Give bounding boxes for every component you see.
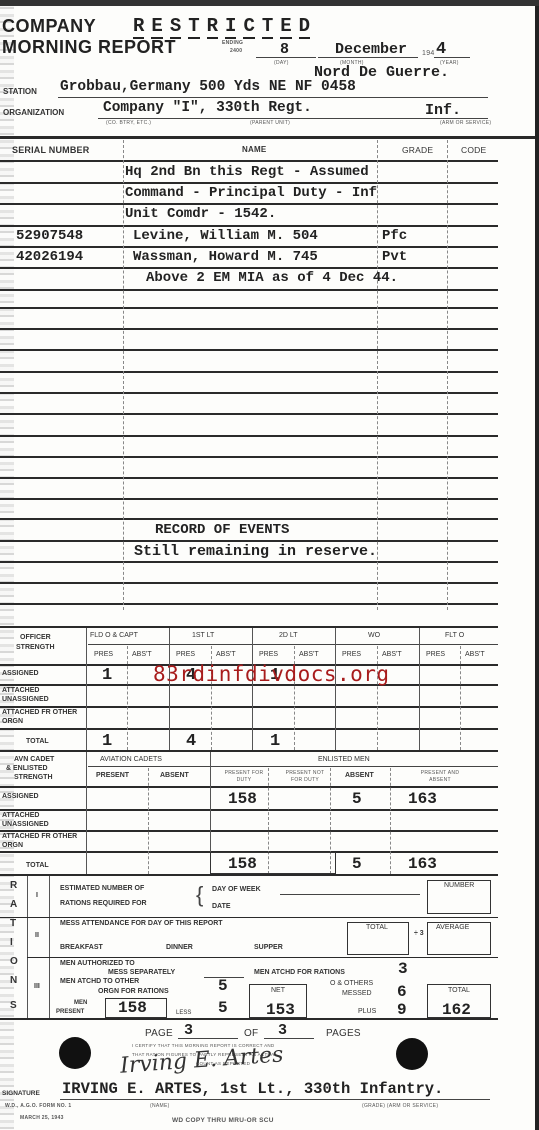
org-caption-parent: (PARENT UNIT) bbox=[250, 120, 290, 126]
officer-group-wo: WO bbox=[368, 632, 380, 639]
officer-col-divider bbox=[252, 628, 253, 750]
supper-label: SUPPER bbox=[254, 944, 283, 951]
signer-name: IRVING E. ARTES, 1st Lt., 330th Infantry… bbox=[62, 1080, 443, 1098]
officer-col-divider bbox=[86, 628, 87, 750]
others-messed-label-2: MESSED bbox=[342, 990, 372, 997]
organization-label: ORGANIZATION bbox=[3, 108, 64, 117]
roster-rule bbox=[0, 603, 498, 605]
net-value: 153 bbox=[266, 1001, 295, 1019]
roster-rule bbox=[0, 307, 498, 309]
men-atchd-other-label-1: MEN ATCHD TO OTHER bbox=[60, 978, 139, 985]
form-number: W.D., A.G.O. FORM NO. 1 bbox=[5, 1103, 71, 1109]
subcol-abst: ABS'T bbox=[132, 651, 152, 658]
rations-total-value: 162 bbox=[442, 1001, 471, 1019]
day-caption: (DAY) bbox=[274, 60, 289, 66]
enlisted-col-divider bbox=[390, 768, 391, 874]
enlisted-col-present-not-for-duty: PRESENT NOT FOR DUTY bbox=[280, 770, 330, 784]
rations-brace: { bbox=[196, 882, 203, 908]
roster-rule bbox=[0, 413, 498, 415]
rations-date-label: DATE bbox=[212, 903, 231, 910]
officer-group-1st-lt: 1ST LT bbox=[192, 632, 214, 639]
organization-value: Company "I", 330th Regt. bbox=[103, 100, 312, 116]
name-caption: (NAME) bbox=[150, 1103, 170, 1109]
roster-remark: Above 2 EM MIA as of 4 Dec 44. bbox=[146, 270, 398, 286]
serial-name-divider bbox=[123, 140, 124, 610]
col-header-grade: GRADE bbox=[402, 145, 433, 155]
officer-col-divider bbox=[419, 628, 420, 750]
mess-average-label: AVERAGE bbox=[436, 924, 469, 931]
breakfast-label: BREAKFAST bbox=[60, 944, 103, 951]
subcol-pres: PRES bbox=[259, 651, 278, 658]
station-label: STATION bbox=[3, 87, 37, 96]
officer-group-2d-lt: 2D LT bbox=[279, 632, 298, 639]
report-month: December bbox=[335, 41, 407, 58]
subcol-abst: ABS'T bbox=[382, 651, 402, 658]
roster-rule bbox=[0, 392, 498, 394]
serial-number-2: 42026194 bbox=[16, 249, 83, 265]
enlisted-assigned-absent: 5 bbox=[352, 790, 362, 808]
enlisted-row-assigned-label: ASSIGNED bbox=[2, 793, 39, 800]
roster-rule bbox=[0, 561, 498, 563]
rations-section-rule bbox=[0, 917, 498, 918]
rations-section-ii-numeral: II bbox=[35, 932, 39, 939]
officer-strength-label-1: OFFICER bbox=[20, 634, 51, 641]
enlisted-row-rule bbox=[0, 786, 498, 788]
less-value: 5 bbox=[218, 999, 228, 1017]
rations-letter-s: S bbox=[10, 1000, 17, 1011]
name-grade-divider bbox=[377, 140, 378, 610]
group-aviation-cadets: AVIATION CADETS bbox=[100, 756, 162, 763]
form-title-company: COMPANY bbox=[2, 16, 96, 37]
men-atchd-for-rations-value: 3 bbox=[398, 960, 408, 978]
roster-rule bbox=[0, 498, 498, 500]
form-title-morning-report: MORNING REPORT bbox=[2, 37, 176, 58]
page-label: PAGE bbox=[145, 1028, 173, 1039]
roster-rule bbox=[0, 349, 498, 351]
enlisted-total-present-for-duty: 158 bbox=[228, 855, 257, 873]
roster-rule bbox=[0, 518, 498, 520]
station-value: Grobbau,Germany 500 Yds NE NF 0458 bbox=[60, 79, 356, 95]
enlisted-label-1: AVN CADET bbox=[14, 756, 54, 763]
scan-top-edge bbox=[0, 0, 539, 6]
watermark: 83rdinfdivdocs.org bbox=[153, 662, 390, 686]
enlisted-row-attached-other-label: ATTACHED FR OTHER ORGN bbox=[2, 832, 82, 850]
punch-hole-left bbox=[59, 1037, 91, 1069]
day-of-week-underline bbox=[280, 894, 420, 895]
rations-side-divider bbox=[27, 876, 28, 1018]
men-atchd-for-rations-label: MEN ATCHD FOR RATIONS bbox=[254, 969, 345, 976]
officer-assigned-fld-capt-pres: 1 bbox=[102, 666, 112, 685]
grade-code-divider bbox=[447, 140, 448, 610]
roster-rule bbox=[0, 246, 498, 248]
officer-group-rule bbox=[88, 644, 498, 645]
org-caption-co: (CO. BTRY, ETC.) bbox=[106, 120, 151, 126]
grade-1: Pfc bbox=[382, 228, 407, 244]
record-of-events-heading: RECORD OF EVENTS bbox=[155, 522, 289, 538]
rations-letter-i: I bbox=[10, 937, 13, 948]
officer-strength-label-2: STRENGTH bbox=[16, 644, 55, 651]
officer-total-fld-capt-pres: 1 bbox=[102, 732, 112, 751]
roster-rule bbox=[0, 267, 498, 269]
classification-restricted: RESTRICTED bbox=[133, 15, 317, 39]
rations-section-iii-numeral: III bbox=[34, 983, 40, 990]
roster-rule bbox=[0, 456, 498, 458]
roster-rule bbox=[0, 371, 498, 373]
divide-by-three: ÷ 3 bbox=[414, 930, 424, 937]
officer-group-flt-o: FLT O bbox=[445, 632, 464, 639]
enlisted-label-2: & ENLISTED bbox=[6, 765, 48, 772]
enlisted-label-3: STRENGTH bbox=[14, 774, 53, 781]
subcol-abst: ABS'T bbox=[299, 651, 319, 658]
officer-col-divider bbox=[169, 628, 170, 750]
men-present-label-2: PRESENT bbox=[56, 1009, 84, 1015]
col-header-code: CODE bbox=[461, 145, 486, 155]
roster-rule bbox=[0, 289, 498, 291]
punch-hole-right bbox=[396, 1038, 428, 1070]
subcol-abst: ABS'T bbox=[465, 651, 485, 658]
roster-text-1: Hq 2nd Bn this Regt - Assumed bbox=[125, 164, 369, 180]
enlisted-group-rule bbox=[88, 766, 498, 767]
rations-day-of-week-label: DAY OF WEEK bbox=[212, 886, 261, 893]
enlisted-assigned-present-and-absent: 163 bbox=[408, 790, 437, 808]
enlisted-assigned-present-for-duty: 158 bbox=[228, 790, 257, 808]
org-caption-arm: (ARM OR SERVICE) bbox=[440, 120, 491, 126]
officer-group-fld-capt: FLD O & CAPT bbox=[90, 632, 138, 639]
ending-label: ENDING bbox=[222, 40, 243, 46]
roster-text-3: Unit Comdr - 1542. bbox=[125, 206, 276, 222]
record-of-events-text: Still remaining in reserve. bbox=[134, 543, 377, 560]
others-messed-label-1: O & OTHERS bbox=[330, 980, 373, 987]
form-date: MARCH 25, 1943 bbox=[20, 1115, 64, 1121]
officer-total-2d-lt-pres: 1 bbox=[270, 732, 280, 751]
plus-label: PLUS bbox=[358, 1008, 376, 1015]
roster-rule bbox=[0, 225, 498, 227]
officer-row-attached-other-label: ATTACHED FR OTHER ORGN bbox=[2, 708, 82, 726]
men-present-value: 158 bbox=[118, 999, 147, 1017]
enlisted-col-divider bbox=[148, 768, 149, 874]
col-header-name: NAME bbox=[242, 145, 266, 154]
officer-total-1st-lt-pres: 4 bbox=[186, 732, 196, 751]
col-header-serial: SERIAL NUMBER bbox=[12, 145, 89, 155]
enlisted-col-absent: ABSENT bbox=[160, 772, 189, 779]
officer-col-divider bbox=[335, 628, 336, 750]
page-value: 3 bbox=[184, 1022, 193, 1039]
enlisted-col-present: PRESENT bbox=[96, 772, 129, 779]
roster-rule bbox=[0, 328, 498, 330]
mess-total-label: TOTAL bbox=[366, 924, 388, 931]
rations-estimated-label-2: RATIONS REQUIRED FOR bbox=[60, 900, 147, 907]
time-label: 2400 bbox=[230, 48, 242, 54]
enlisted-col-em-absent: ABSENT bbox=[345, 772, 374, 779]
name-1: Levine, William M. 504 bbox=[133, 228, 318, 244]
morning-report-page: COMPANY MORNING REPORT RESTRICTED ENDING… bbox=[0, 0, 539, 1130]
signature-underline bbox=[60, 1099, 490, 1100]
grade-caption: (GRADE) (ARM OR SERVICE) bbox=[362, 1103, 438, 1109]
roster-rule bbox=[0, 477, 498, 479]
men-authorized-label-1: MEN AUTHORIZED TO bbox=[60, 960, 135, 967]
roster-rule bbox=[0, 540, 498, 542]
grade-2: Pvt bbox=[382, 249, 407, 265]
year-prefix: 194 bbox=[422, 50, 435, 57]
others-messed-value: 6 bbox=[397, 983, 407, 1001]
enlisted-total-absent: 5 bbox=[352, 855, 362, 873]
officer-row-attached-unassigned-label: ATTACHED UNASSIGNED bbox=[2, 686, 82, 704]
station-underline bbox=[58, 97, 488, 98]
plus-value: 9 bbox=[397, 1001, 407, 1019]
enlisted-row-attached-unassigned-label: ATTACHED UNASSIGNED bbox=[2, 811, 82, 829]
rations-bottom-rule bbox=[0, 1018, 498, 1020]
men-atchd-other-label-2: ORGN FOR RATIONS bbox=[98, 988, 169, 995]
officer-row-total-label: TOTAL bbox=[26, 738, 49, 745]
net-label: NET bbox=[271, 987, 285, 994]
subcol-pres: PRES bbox=[426, 651, 445, 658]
rations-letter-o: O bbox=[10, 956, 18, 967]
scan-right-edge bbox=[535, 0, 539, 1130]
rations-estimated-label-1: ESTIMATED NUMBER OF bbox=[60, 885, 144, 892]
officer-row-rule bbox=[0, 728, 498, 730]
rations-section-i-numeral: I bbox=[36, 892, 38, 899]
copy-note: WD COPY THRU MRU-OR SCU bbox=[172, 1117, 274, 1124]
officer-table-top-rule bbox=[0, 626, 498, 628]
roster-text-2: Command - Principal Duty - Inf bbox=[125, 185, 377, 201]
men-authorized-label-2: MESS SEPARATELY bbox=[108, 969, 175, 976]
name-2: Wassman, Howard M. 745 bbox=[133, 249, 318, 265]
rations-letter-t: T bbox=[10, 918, 16, 929]
officer-col-divider bbox=[460, 646, 461, 750]
rations-letter-r: R bbox=[10, 880, 17, 891]
men-atchd-other-value: 5 bbox=[218, 977, 228, 995]
serial-number-1: 52907548 bbox=[16, 228, 83, 244]
rations-number-label: NUMBER bbox=[444, 882, 474, 889]
organization-arm: Inf. bbox=[425, 102, 461, 119]
rations-section-rule bbox=[27, 957, 498, 958]
less-label: LESS bbox=[176, 1010, 191, 1016]
roster-rule bbox=[0, 203, 498, 205]
rations-numeral-divider bbox=[49, 876, 50, 1018]
subcol-pres: PRES bbox=[94, 651, 113, 658]
men-present-label-1: MEN bbox=[74, 1000, 87, 1006]
enlisted-col-divider bbox=[86, 752, 87, 874]
page-underline bbox=[178, 1038, 238, 1039]
officer-row-rule bbox=[0, 750, 498, 752]
of-underline bbox=[264, 1038, 314, 1039]
report-day: 8 bbox=[280, 41, 289, 58]
officer-col-divider bbox=[127, 646, 128, 750]
officer-row-assigned-label: ASSIGNED bbox=[2, 670, 39, 677]
group-enlisted-men: ENLISTED MEN bbox=[318, 756, 370, 763]
roster-header-rule bbox=[0, 160, 498, 162]
rations-letter-n: N bbox=[10, 975, 17, 986]
roster-top-rule bbox=[0, 136, 535, 139]
enlisted-row-rule bbox=[0, 874, 498, 876]
dinner-label: DINNER bbox=[166, 944, 193, 951]
year-underline bbox=[434, 57, 470, 58]
rations-letter-a: A bbox=[10, 899, 17, 910]
subcol-pres: PRES bbox=[176, 651, 195, 658]
roster-rule bbox=[0, 182, 498, 184]
signature-label: SIGNATURE bbox=[2, 1090, 40, 1097]
pages-label: PAGES bbox=[326, 1028, 361, 1039]
roster-rule bbox=[0, 435, 498, 437]
enlisted-col-present-and-absent: PRESENT AND ABSENT bbox=[410, 770, 470, 784]
mess-attendance-heading: MESS ATTENDANCE FOR DAY OF THIS REPORT bbox=[60, 920, 223, 927]
subcol-abst: ABS'T bbox=[216, 651, 236, 658]
enlisted-total-present-and-absent: 163 bbox=[408, 855, 437, 873]
enlisted-col-present-for-duty: PRESENT FOR DUTY bbox=[222, 770, 266, 784]
rations-total-label: TOTAL bbox=[448, 987, 470, 994]
subcol-pres: PRES bbox=[342, 651, 361, 658]
of-value: 3 bbox=[278, 1022, 287, 1039]
roster-rule bbox=[0, 582, 498, 584]
of-label: OF bbox=[244, 1028, 258, 1039]
enlisted-row-total-label: TOTAL bbox=[26, 862, 49, 869]
